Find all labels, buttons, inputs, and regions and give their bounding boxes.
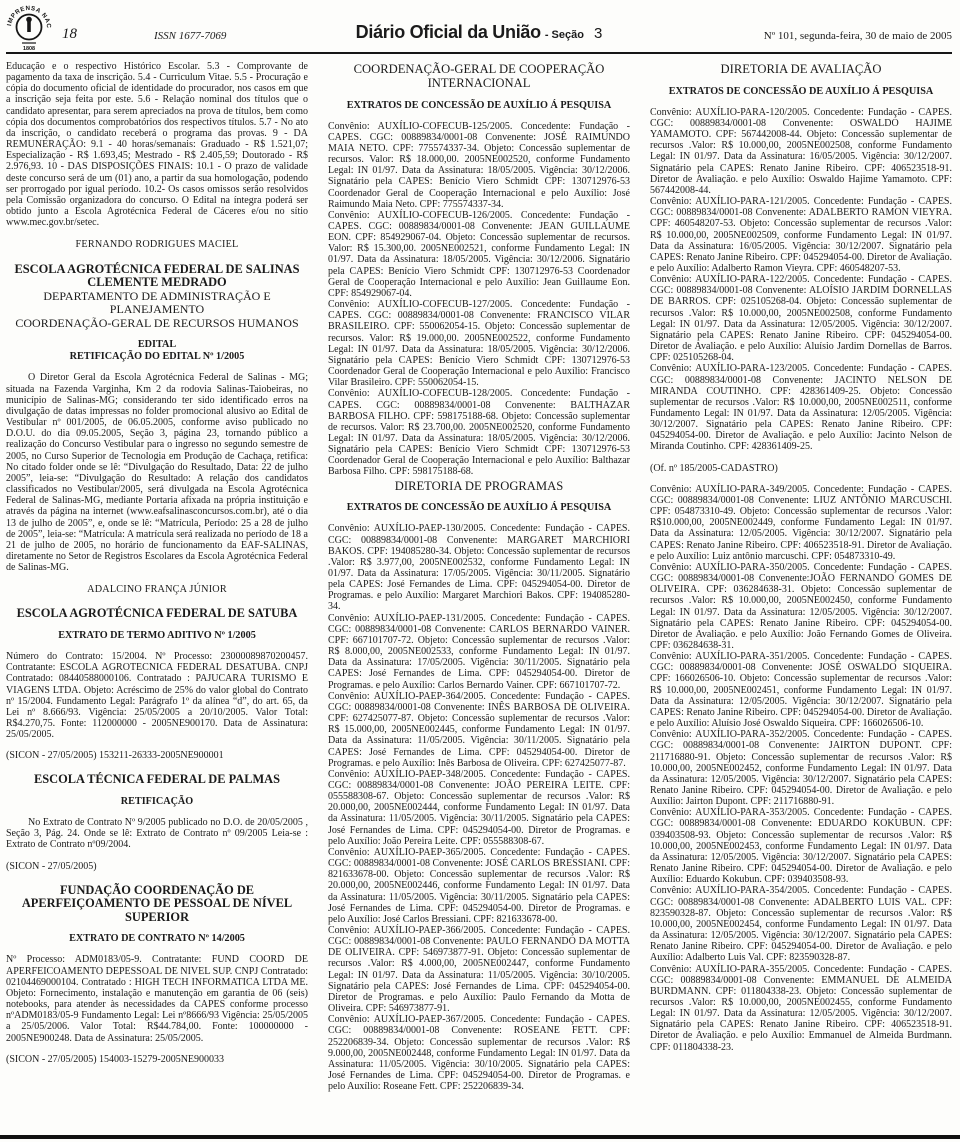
- org-heading: ESCOLA AGROTÉCNICA FEDERAL DE SATUBA: [12, 607, 302, 621]
- gazette-entry: Convênio: AUXÍLIO-COFECUB-128/2005. Conc…: [328, 388, 630, 477]
- paragraph: Educação e o respectivo Histórico Escola…: [6, 61, 308, 228]
- doc-heading: EXTRATO DE CONTRATO Nº 14/2005: [6, 933, 308, 945]
- column-3: DIRETORIA DE AVALIAÇÃOEXTRATOS DE CONCES…: [650, 61, 952, 1133]
- gazette-entry: Convênio: AUXÍLIO-PAEP-130/2005. Concede…: [328, 523, 630, 612]
- gazette-entry: Convênio: AUXÍLIO-COFECUB-125/2005. Conc…: [328, 121, 630, 210]
- gazette-entry: Convênio: AUXÍLIO-PAEP-364/2005. Concede…: [328, 691, 630, 769]
- doc-heading: EXTRATO DE TERMO ADITIVO Nº 1/2005: [6, 630, 308, 642]
- doc-heading: RETIFICAÇÃO DO EDITAL Nº 1/2005: [6, 351, 308, 363]
- column-2: COORDENAÇÃO-GERAL DE COOPERAÇÃO INTERNAC…: [328, 61, 630, 1133]
- gazette-entry: Convênio: AUXÍLIO-PARA-349/2005. Concede…: [650, 484, 952, 562]
- gazette-entry: Convênio: AUXÍLIO-PARA-350/2005. Concede…: [650, 562, 952, 651]
- org-subheading: DEPARTAMENTO DE ADMINISTRAÇÃO E PLANEJAM…: [10, 290, 304, 317]
- gazette-entry: Convênio: AUXÍLIO-PARA-120/2005. Concede…: [650, 107, 952, 196]
- section-heading: DIRETORIA DE AVALIAÇÃO: [662, 63, 940, 77]
- edition-info: Nº 101, segunda-feira, 30 de maio de 200…: [764, 30, 952, 42]
- gazette-entry: Convênio: AUXÍLIO-COFECUB-126/2005. Conc…: [328, 210, 630, 299]
- gazette-entry: Convênio: AUXÍLIO-PARA-123/2005. Concede…: [650, 363, 952, 452]
- gazette-entry: Convênio: AUXÍLIO-PARA-122/2005. Concede…: [650, 274, 952, 363]
- doc-heading: EXTRATOS DE CONCESSÃO DE AUXÍLIO Á PESQU…: [328, 100, 630, 112]
- doc-heading: RETIFICAÇÃO: [6, 796, 308, 808]
- reference-line: (SICON - 27/05/2005) 154003-15279-2005NE…: [6, 1054, 308, 1065]
- gazette-entry: Convênio: AUXÍLIO-PARA-351/2005. Concede…: [650, 651, 952, 729]
- reference-line: (SICON - 27/05/2005): [6, 861, 308, 872]
- org-heading: ESCOLA TÉCNICA FEDERAL DE PALMAS: [12, 773, 302, 787]
- org-heading: FUNDAÇÃO COORDENAÇÃO DE APERFEIÇOAMENTO …: [12, 884, 302, 925]
- gazette-entry: Convênio: AUXÍLIO-PAEP-365/2005. Concede…: [328, 847, 630, 925]
- paragraph: No Extrato de Contrato Nº 9/2005 publica…: [6, 817, 308, 850]
- footer-rule: [0, 1135, 960, 1139]
- section-heading: COORDENAÇÃO-GERAL DE COOPERAÇÃO INTERNAC…: [340, 63, 618, 91]
- gazette-entry: Convênio: AUXÍLIO-PAEP-348/2005. Concede…: [328, 769, 630, 847]
- gazette-entry: Convênio: AUXÍLIO-COFECUB-127/2005. Conc…: [328, 299, 630, 388]
- gazette-page: IMPRENSA NACIONAL 1808 18 ISSN 1677-7069…: [0, 0, 960, 1142]
- doc-heading: EXTRATOS DE CONCESSÃO DE AUXÍLIO Á PESQU…: [328, 502, 630, 514]
- doc-heading: EXTRATOS DE CONCESSÃO DE AUXÍLIO Á PESQU…: [650, 86, 952, 98]
- columns-container: Educação e o respectivo Histórico Escola…: [6, 61, 952, 1133]
- gazette-entry: Convênio: AUXÍLIO-PARA-355/2005. Concede…: [650, 964, 952, 1053]
- paragraph: O Diretor Geral da Escola Agrotécnica Fe…: [6, 372, 308, 573]
- gazette-section-number: 3: [594, 25, 602, 42]
- masthead: IMPRENSA NACIONAL 1808 18 ISSN 1677-7069…: [6, 0, 952, 54]
- section-heading: DIRETORIA DE PROGRAMAS: [340, 480, 618, 494]
- gazette-entry: Convênio: AUXÍLIO-PARA-354/2005. Concede…: [650, 885, 952, 963]
- org-heading: ESCOLA AGROTÉCNICA FEDERAL DE SALINAS CL…: [12, 263, 302, 290]
- svg-text:1808: 1808: [23, 46, 35, 51]
- gazette-entry: Convênio: AUXÍLIO-PARA-121/2005. Concede…: [650, 196, 952, 274]
- gazette-section-label: - Seção: [545, 29, 584, 41]
- gazette-entry: Convênio: AUXÍLIO-PAEP-131/2005. Concede…: [328, 613, 630, 691]
- gazette-entry: Convênio: AUXÍLIO-PARA-353/2005. Concede…: [650, 807, 952, 885]
- paragraph: Número do Contrato: 15/2004. Nº Processo…: [6, 651, 308, 740]
- signature-name: ADALCINO FRANÇA JÚNIOR: [6, 584, 308, 595]
- reference-line: (Of. nº 185/2005-CADASTRO): [650, 463, 952, 474]
- gazette-title-main: Diário Oficial da União: [356, 22, 541, 42]
- gazette-entry: Convênio: AUXÍLIO-PARA-352/2005. Concede…: [650, 729, 952, 807]
- paragraph: Nº Processo: ADM0183/05-9. Contratante: …: [6, 954, 308, 1043]
- signature-name: FERNANDO RODRIGUES MACIEL: [6, 239, 308, 250]
- org-subheading: COORDENAÇÃO-GERAL DE RECURSOS HUMANOS: [10, 317, 304, 331]
- gazette-entry: Convênio: AUXÍLIO-PAEP-366/2005. Concede…: [328, 925, 630, 1014]
- gazette-entry: Convênio: AUXÍLIO-PAEP-367/2005. Concede…: [328, 1014, 630, 1092]
- reference-line: (SICON - 27/05/2005) 153211-26333-2005NE…: [6, 750, 308, 761]
- doc-heading: EDITAL: [6, 339, 308, 351]
- column-1: Educação e o respectivo Histórico Escola…: [6, 61, 308, 1133]
